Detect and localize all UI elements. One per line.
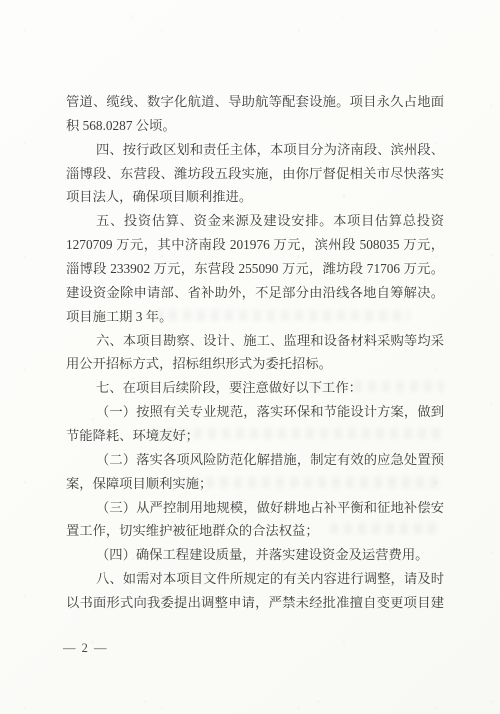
document-line: 1270709 万元，其中济南段 201976 万元，滨州段 508035 万元… (66, 233, 444, 257)
document-line: 六、本项目勘察、设计、施工、监理和设备材料采购等均采 (66, 329, 444, 353)
document-line: 以书面形式向我委提出调整申请，严禁未经批准擅自变更项目建 (66, 591, 444, 615)
document-line: 积 568.0287 公顷。 (66, 114, 444, 138)
document-line: （四）确保工程建设质量，并落实建设资金及运营费用。 (66, 543, 444, 567)
document-page: 管道、缆线、数字化航道、导助航等配套设施。项目永久占地面积 568.0287 公… (0, 0, 500, 714)
document-line: 项目施工期 3 年。 (66, 305, 444, 329)
document-line: （三）从严控制用地规模，做好耕地占补平衡和征地补偿安 (66, 496, 444, 520)
document-line: 用公开招标方式，招标组织形式为委托招标。 (66, 352, 444, 376)
document-line: 项目法人，确保项目顺利推进。 (66, 185, 444, 209)
document-line: 案，保障项目顺利实施； (66, 472, 444, 496)
document-line: 节能降耗、环境友好； (66, 424, 444, 448)
document-line: （二）落实各项风险防范化解措施，制定有效的应急处置预 (66, 448, 444, 472)
document-line: 淄博段 233902 万元，东营段 255090 万元，潍坊段 71706 万元… (66, 257, 444, 281)
document-line: 置工作，切实维护被征地群众的合法权益； (66, 519, 444, 543)
document-line: 五、投资估算、资金来源及建设安排。本项目估算总投资 (66, 209, 444, 233)
document-line: 八、如需对本项目文件所规定的有关内容进行调整，请及时 (66, 567, 444, 591)
document-line: （一）按照有关专业规范，落实环保和节能设计方案，做到 (66, 400, 444, 424)
document-line: 淄博段、东营段、潍坊段五段实施，由你厅督促相关市尽快落实 (66, 162, 444, 186)
document-line: 四、按行政区划和责任主体，本项目分为济南段、滨州段、 (66, 138, 444, 162)
document-line: 建设资金除申请部、省补助外，不足部分由沿线各地自筹解决。 (66, 281, 444, 305)
page-number: — 2 — (63, 641, 108, 656)
document-body: 管道、缆线、数字化航道、导助航等配套设施。项目永久占地面积 568.0287 公… (66, 90, 444, 615)
document-line: 七、在项目后续阶段，要注意做好以下工作： (66, 376, 444, 400)
document-line: 管道、缆线、数字化航道、导助航等配套设施。项目永久占地面 (66, 90, 444, 114)
